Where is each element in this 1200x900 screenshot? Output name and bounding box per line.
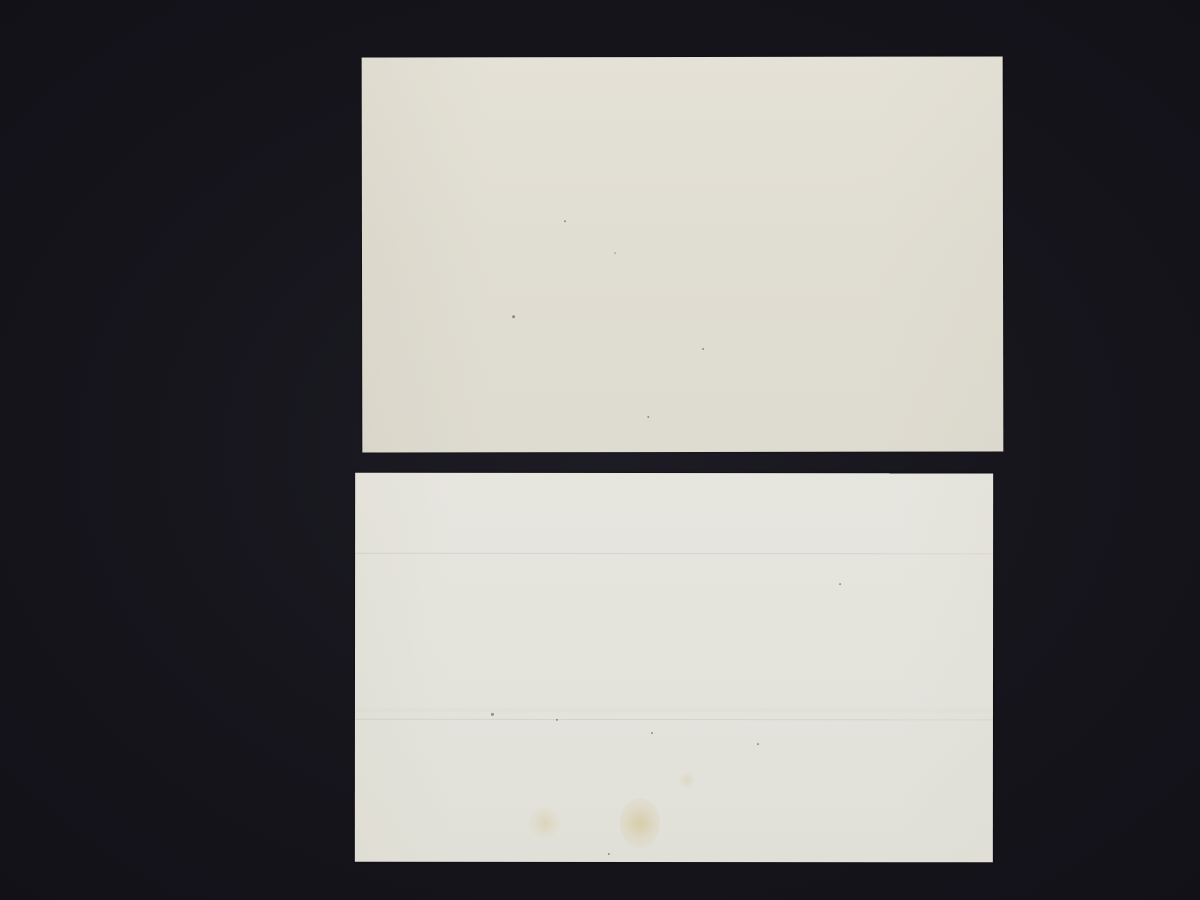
speck <box>512 315 515 318</box>
age-stain <box>680 773 694 787</box>
speck <box>564 220 566 222</box>
speck <box>702 348 704 350</box>
fold-line <box>355 719 993 721</box>
speck <box>608 853 610 855</box>
paper-sheet-top <box>362 56 1004 452</box>
speck <box>647 416 649 418</box>
speck <box>839 583 841 585</box>
speck <box>757 743 759 745</box>
photo-scene <box>0 0 1200 900</box>
speck <box>556 719 558 721</box>
speck <box>614 252 616 254</box>
speck <box>491 713 494 716</box>
age-stain <box>620 798 660 848</box>
speck <box>651 732 653 734</box>
age-stain <box>530 808 560 838</box>
fold-line <box>355 553 993 555</box>
paper-sheet-bottom <box>355 473 993 863</box>
